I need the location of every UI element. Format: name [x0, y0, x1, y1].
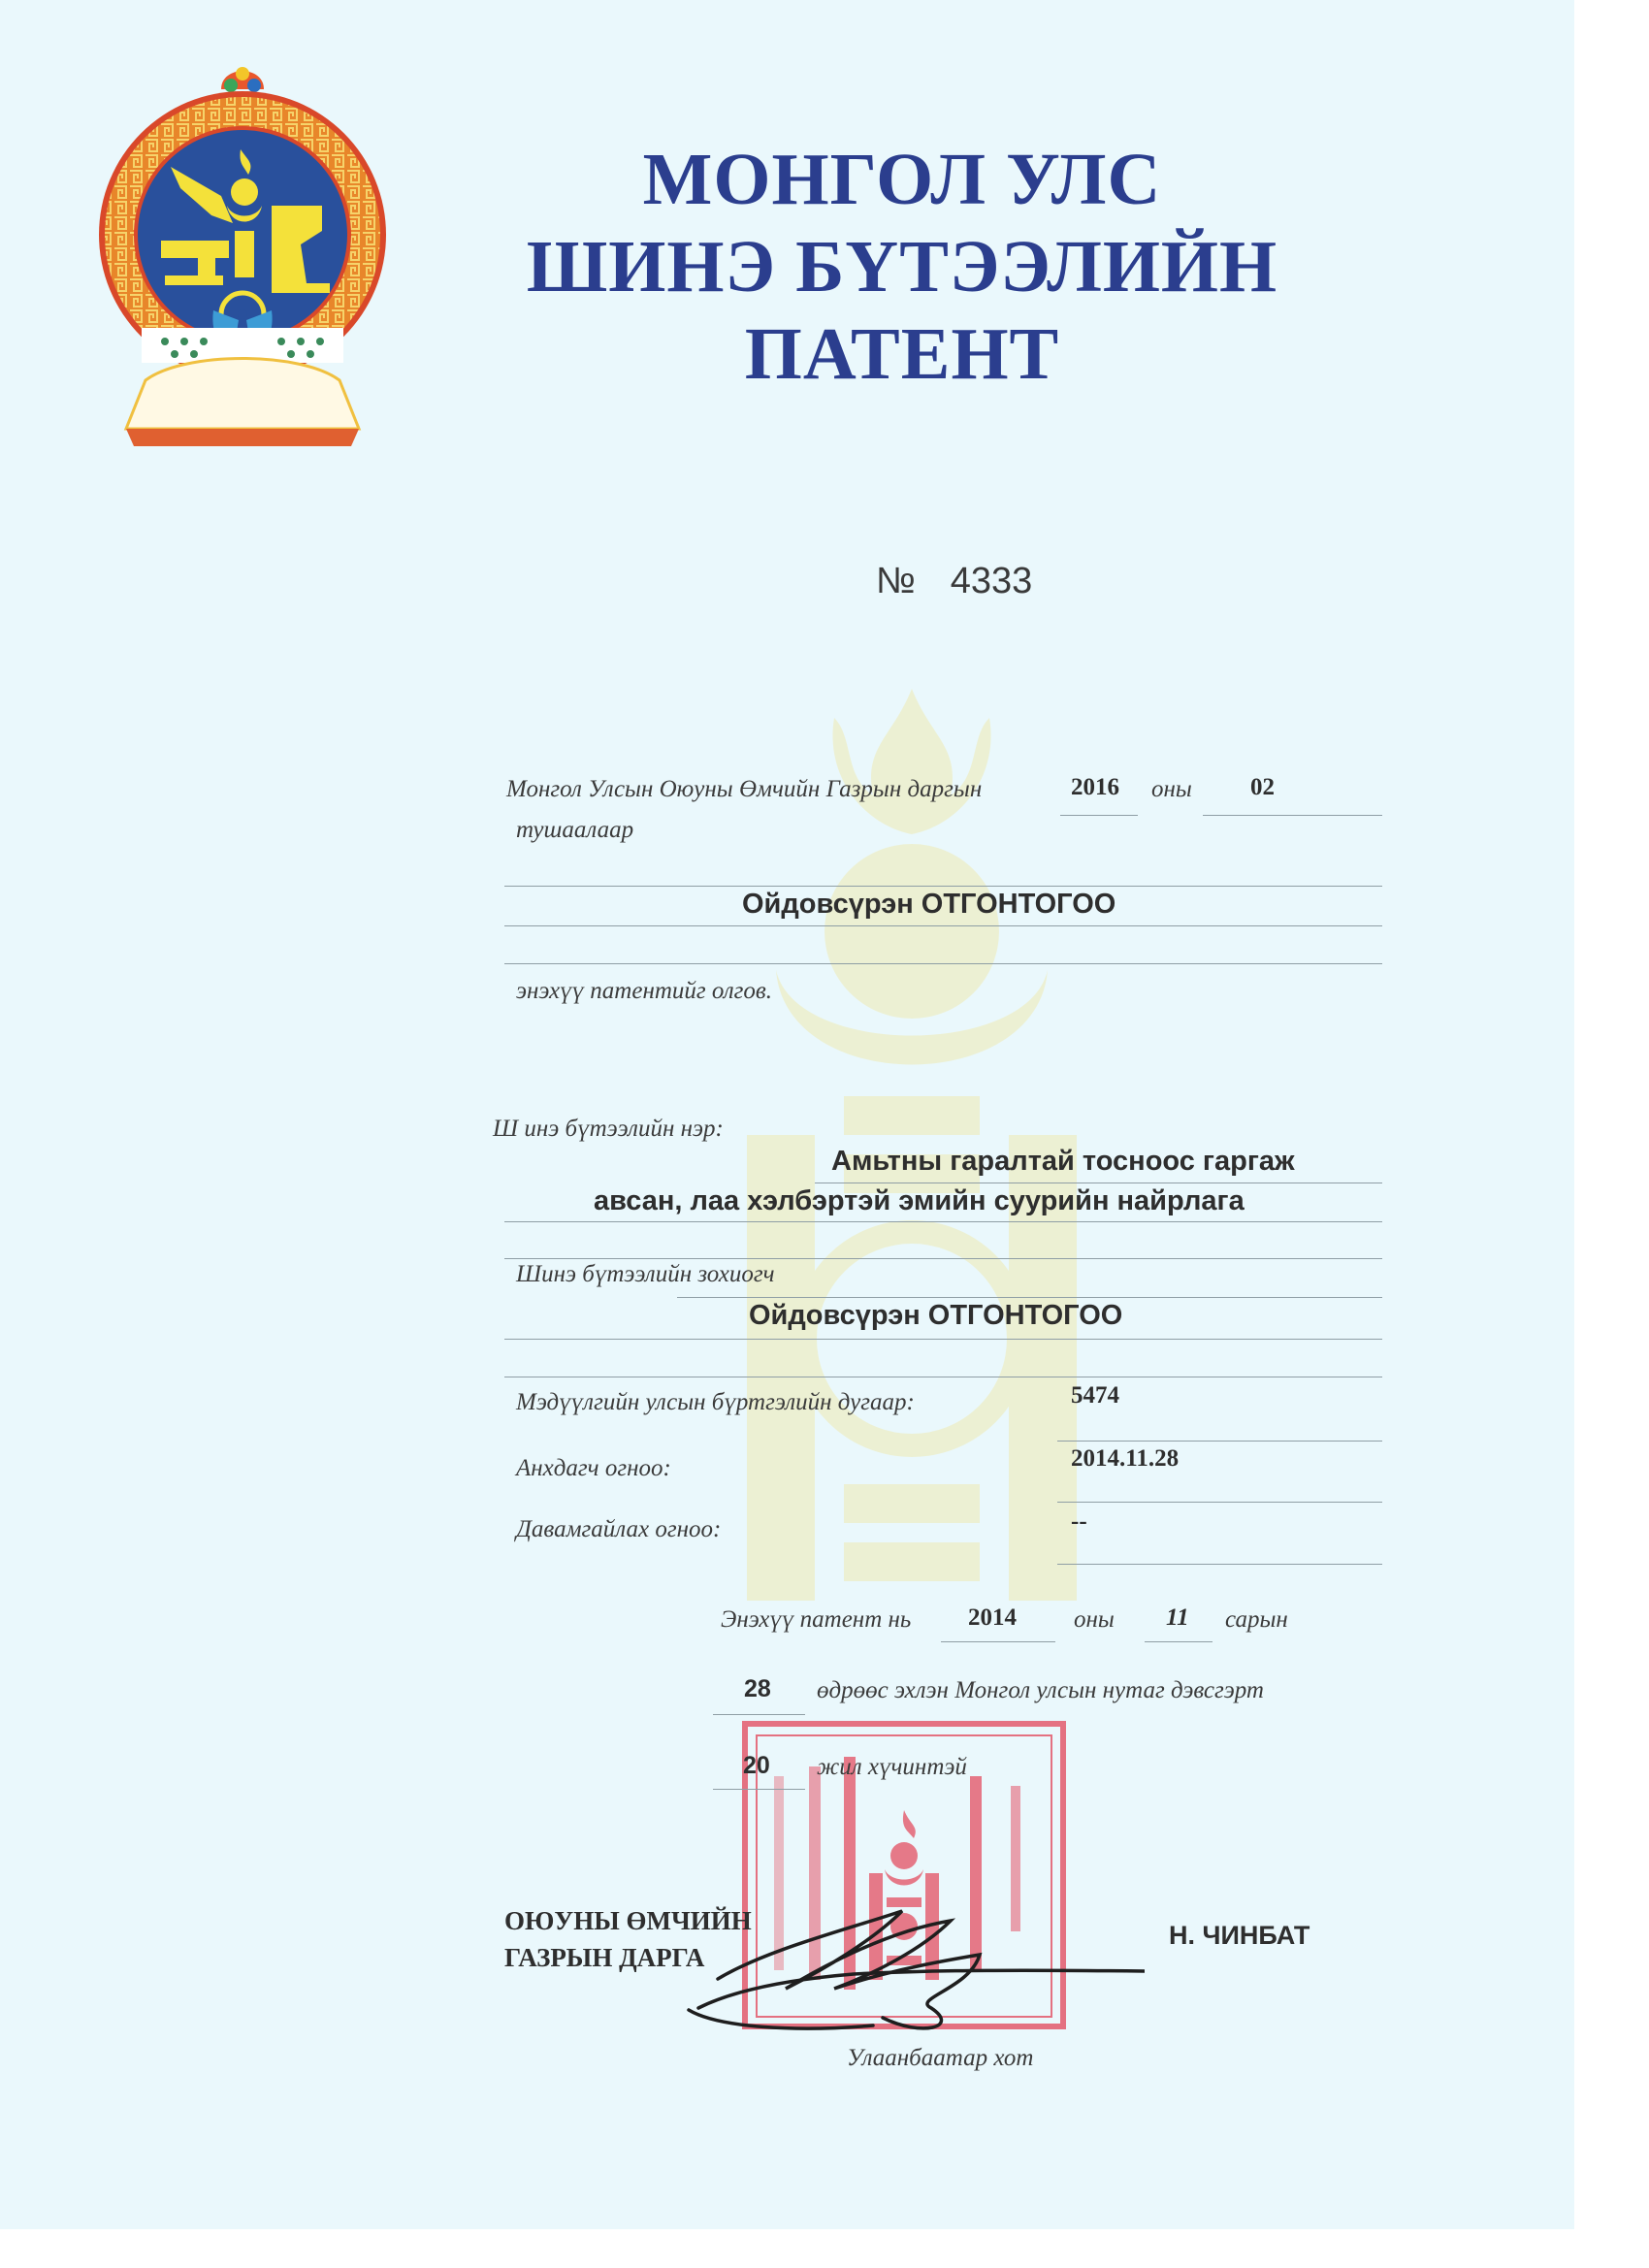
convention-date-value: --	[1071, 1508, 1087, 1536]
priority-date-line	[1057, 1502, 1382, 1503]
application-number-value: 5474	[1071, 1382, 1119, 1409]
convention-date-label: Давамгайлах огноо:	[516, 1516, 721, 1543]
author-name: Ойдовсүрэн ОТГОНТОГОО	[749, 1300, 1122, 1332]
author-line-2	[504, 1339, 1382, 1340]
author-label: Шинэ бүтээлийн зохиогч	[516, 1261, 775, 1288]
order-month: 02	[1250, 774, 1275, 801]
order-year-suffix: оны	[1151, 776, 1192, 803]
invention-name-line-2: авсан, лаа хэлбэртэй эмийн суурийн найрл…	[594, 1185, 1245, 1217]
application-number-line	[1057, 1441, 1382, 1442]
number-sign: №	[876, 561, 916, 601]
validity-year: 2014	[968, 1604, 1017, 1632]
author-line-3	[504, 1377, 1382, 1377]
title-line-3: ПАТЕНТ	[504, 310, 1300, 398]
holder-name: Ойдовсүрэн ОТГОНТОГОО	[742, 889, 1115, 921]
city-label: Улаанбаатар хот	[847, 2045, 1033, 2072]
application-number-label: Мэдүүлгийн улсын бүртгэлийн дугаар:	[516, 1389, 915, 1416]
validity-month: 11	[1166, 1604, 1189, 1632]
document-title: МОНГОЛ УЛС ШИНЭ БҮТЭЭЛИЙН ПАТЕНТ	[504, 136, 1300, 398]
mongolia-state-emblem-icon	[97, 60, 388, 458]
priority-date-label: Анхдагч огноо:	[516, 1455, 671, 1482]
validity-month-suffix: сарын	[1225, 1606, 1288, 1634]
invention-line-2	[504, 1221, 1382, 1222]
validity-day-suffix: өдрөөс эхлэн Монгол улсын нутаг дэвсгэрт	[817, 1677, 1264, 1704]
holder-line-top	[504, 886, 1382, 887]
validity-month-line	[1145, 1641, 1212, 1642]
title-line-2: ШИНЭ БҮТЭЭЛИЙН	[504, 223, 1300, 310]
handwritten-signature-icon	[679, 1901, 1145, 2037]
order-label-end: тушаалаар	[516, 817, 633, 844]
invention-line-1	[815, 1183, 1382, 1183]
order-label: Монгол Улсын Оюуны Өмчийн Газрын даргын	[506, 776, 982, 803]
validity-years-line	[713, 1789, 805, 1790]
validity-years: 20	[743, 1752, 770, 1780]
patent-certificate: МОНГОЛ УЛС ШИНЭ БҮТЭЭЛИЙН ПАТЕНТ №4333 М…	[0, 0, 1574, 2229]
author-line-1	[677, 1297, 1382, 1298]
holder-line-bottom	[504, 963, 1382, 964]
invention-line-3	[504, 1258, 1382, 1259]
convention-date-line	[1057, 1564, 1382, 1565]
order-year-line	[1060, 815, 1138, 816]
validity-day-line	[713, 1714, 805, 1715]
order-year: 2016	[1071, 774, 1119, 801]
invention-name-line-1: Амьтны гаралтай тосноос гаргаж	[831, 1146, 1295, 1178]
order-month-line	[1203, 815, 1382, 816]
title-line-1: МОНГОЛ УЛС	[504, 136, 1300, 223]
validity-day: 28	[744, 1675, 771, 1703]
invention-name-label: Ш инэ бүтээлийн нэр:	[493, 1116, 724, 1143]
patent-number-value: 4333	[951, 561, 1033, 601]
patent-number: №4333	[876, 561, 1032, 602]
validity-prefix: Энэхүү патент нь	[721, 1606, 911, 1634]
validity-year-line	[941, 1641, 1055, 1642]
signatory-name: Н. ЧИНБАТ	[1169, 1921, 1309, 1951]
priority-date-value: 2014.11.28	[1071, 1445, 1179, 1473]
validity-years-suffix: жил хүчинтэй	[817, 1754, 967, 1781]
validity-year-suffix: оны	[1074, 1606, 1115, 1634]
holder-received-text: энэхүү патентийг олгов.	[516, 978, 772, 1005]
holder-line-mid	[504, 925, 1382, 926]
